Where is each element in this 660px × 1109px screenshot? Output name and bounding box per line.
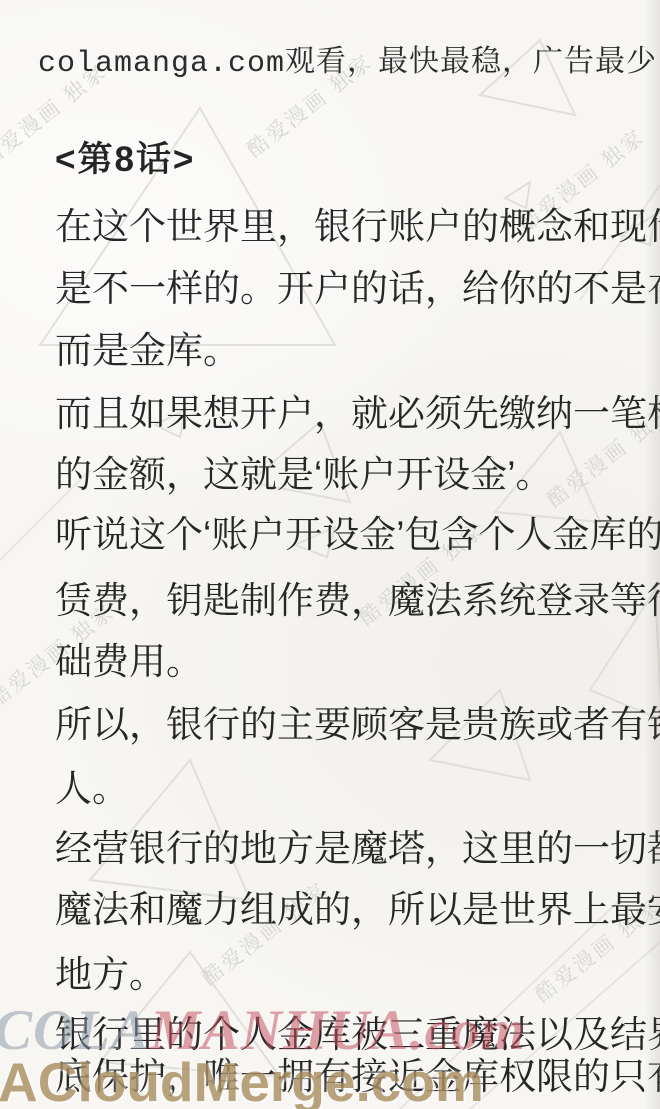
narration-line: 经营银行的地方是魔塔，这里的一切都是由: [55, 818, 660, 872]
narration-line: 是不一样的。开户的话，给你的不是存折，: [55, 258, 660, 312]
narration-line: 魔法和魔力组成的，所以是世界上最安全的: [55, 879, 660, 933]
narration-line: 而是金库。: [55, 320, 240, 374]
narration-line: 础费用。: [55, 631, 203, 685]
acloudmerge-watermark: ACloudMerge.com: [0, 1050, 484, 1109]
scan-edge-shading: [644, 0, 660, 1109]
narration-line: 所以，银行的主要顾客是贵族或者有钱的商: [55, 694, 660, 748]
narration-line: 赁费，钥匙制作费，魔法系统登录等很多基: [55, 570, 660, 624]
narration-line: 在这个世界里，银行账户的概念和现代社会: [55, 196, 660, 250]
manga-page: 酷爱漫画 独家 酷爱漫画 独家 酷爱漫画 独家 酷爱漫画 独家 酷爱漫画 独家 …: [0, 0, 660, 1109]
narration-line: 的金额，这就是‘账户开设金’。: [55, 444, 552, 498]
chapter-title: <第8话>: [55, 132, 195, 182]
narration-line: 人。: [55, 758, 129, 812]
site-promo-header: colamanga.com观看，最快最稳，广告最少: [38, 36, 657, 81]
narration-line: 地方。: [55, 944, 166, 998]
narration-line: 而且如果想开户，就必须先缴纳一笔相当大: [55, 383, 660, 437]
narration-line: 听说这个‘账户开设金’包含个人金库的租: [55, 504, 660, 558]
